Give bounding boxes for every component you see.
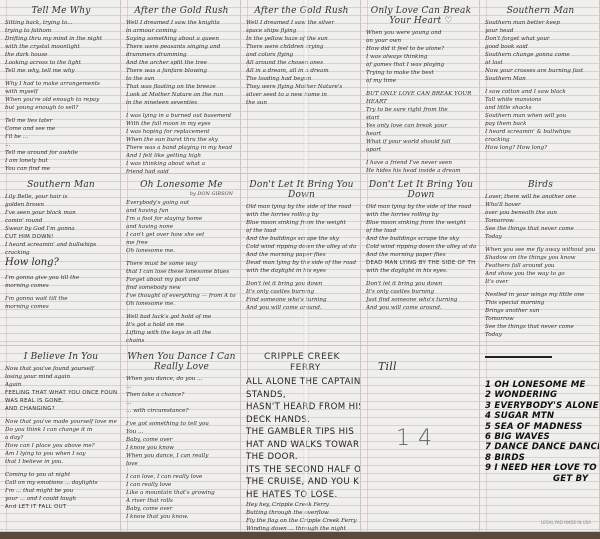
lyric-line: good book said (485, 43, 596, 51)
lyric-line: This special morning (485, 299, 596, 307)
lyric-line: Brings another sun (485, 307, 596, 315)
page-after-the-gold-rush-2: After the Gold Rush Well I dreamed I saw… (241, 0, 361, 174)
lyric-line: Old man lying by the side of the road (246, 203, 357, 211)
song-title: Only Love Can Break Your Heart ♡ (366, 6, 476, 26)
page-when-you-dance: When You Dance I Can Really Love When yo… (121, 346, 241, 532)
lyric-line: And LET IT FALL OUT (5, 503, 117, 511)
lyric-line: I'm gonna give you till the (5, 274, 117, 282)
lyric-line: I saw cotton and I saw black (485, 88, 596, 96)
lyric-line: Southern man better keep (485, 19, 596, 27)
lyric-line: Why I had to make arrangements (5, 80, 117, 88)
page-southern-man-1: Southern Man Southern man better keepyou… (480, 0, 600, 174)
lyric-line: find somebody new (126, 284, 237, 292)
lyrics: Old man lying by the side of the roadwit… (246, 203, 357, 312)
lyric-line: Dead man lying by the side of the road (246, 259, 357, 267)
lyric-line: Like a mountain that's growing (126, 489, 237, 497)
lyric-line: Try to be sure right from the (366, 106, 476, 114)
lyric-line: with the crystal moonlight (5, 43, 117, 51)
lyric-line: Coming to you at night (5, 471, 117, 479)
lyric-line: Cold wind ripping down the alley at dawn (366, 243, 476, 251)
printed-lyric-line: THE CRUISE, AND YOU KNOW (246, 476, 357, 489)
lyric-line: There were children crying (246, 43, 357, 51)
lyric-line: And the buildings scrape the sky (366, 235, 476, 243)
page-only-love-can-break-your-heart: Only Love Can Break Your Heart ♡ When yo… (361, 0, 480, 174)
page-southern-man-2: Southern Man Lily Belle, your hair isgol… (0, 174, 121, 346)
lyric-line: How can I place you above me? (5, 442, 117, 450)
lyric-line: How long? How long? (485, 144, 596, 152)
lyric-line: Tell me around for awhile (5, 149, 117, 157)
lyric-line: I'll be ... (5, 133, 117, 141)
lyric-line: Fly the flag on the Cripple Creek Ferry (246, 517, 357, 525)
lyric-line: Feathers fall around you (485, 262, 596, 270)
lyric-line: Call on my emotions ... daylights (5, 479, 117, 487)
lyric-line: See the things that never come (485, 225, 596, 233)
lyric-line: Tomorrow (485, 315, 596, 323)
lyric-line: ... (126, 399, 237, 407)
lyric-line: the sun (246, 99, 357, 107)
lyrics: Now that you've found yourselflosing you… (5, 365, 117, 511)
lyric-line: Cold wind ripping down the alley at dawn (246, 243, 357, 251)
page-setlist: 1 OH LONESOME ME2 WONDERING3 EVERYBODY'S… (480, 346, 600, 532)
lyric-line: AND CHANGING? (5, 405, 117, 413)
lyric-line: I can really love (126, 481, 237, 489)
lyric-line: I was always thinking (366, 53, 476, 61)
setlist-item: 2 WONDERING (485, 390, 596, 400)
lyric-line: I was thinking about what a (126, 160, 237, 168)
lyric-line: Sitting back, trying to... (5, 19, 117, 27)
song-title: Southern Man (485, 6, 596, 16)
lyric-line: your ... and I could laugh (5, 495, 117, 503)
song-title: After the Gold Rush (246, 6, 357, 16)
lyric-line: FEELING THAT WHAT YOU ONCE FOUND (5, 389, 117, 397)
lyric-line: In the yellow haze of the sun (246, 35, 357, 43)
setlist-item: 1 OH LONESOME ME (485, 380, 596, 390)
lyric-line: See the things that never come (485, 323, 596, 331)
lyrics: Everybody's going outand having funI'm a… (126, 199, 237, 346)
lyric-line: Baby, come over (126, 505, 237, 513)
lyric-line: I've got something to tell you (126, 420, 237, 428)
lyric-line: Tell me why, tell me why (5, 67, 117, 75)
lyric-line: Lifting with the keys in all the (126, 329, 237, 337)
lyric-line: at last (485, 59, 596, 67)
lyric-line: A river that rolls (126, 497, 237, 505)
lyric-line: I know you know (126, 444, 237, 452)
lyric-line: Well bad luck's got hold of me (126, 313, 237, 321)
lyric-line: with the daylight in his eyes (246, 267, 357, 275)
setlist-item: 4 SUGAR MTN (485, 411, 596, 421)
lyric-line: There were peasants singing and (126, 43, 237, 51)
lyric-line: There was a band playing in my head (126, 144, 237, 152)
lyric-line: CUT HIM DOWN! (5, 233, 117, 241)
lyric-line: of my time (366, 77, 476, 85)
lyric-line: And the archer split the tree (126, 59, 237, 67)
lyric-line: Now that you've made yourself love me (5, 418, 117, 426)
lyric-line: It's got a hold on me (126, 321, 237, 329)
lyric-line: There must be some way (126, 260, 237, 268)
lyric-line: And the morning paper flies (366, 251, 476, 259)
song-title: Oh Lonesome Me (126, 180, 237, 190)
lyric-line: Again (5, 381, 117, 389)
page-till: Till 14 (361, 346, 480, 532)
lyric-line: Find someone who's turning (246, 296, 357, 304)
printed-lyric-line: STANDS, (246, 389, 357, 402)
lyric-line: Today (485, 233, 596, 241)
lyric-line: over you beneath the sun (485, 209, 596, 217)
printed-lyric-line: THE GAMBLER TIPS HIS (246, 426, 357, 439)
song-title: When You Dance I Can Really Love (126, 352, 237, 372)
lyric-line: You can find me (5, 165, 117, 173)
lyric-line: He hides his head inside a dream (366, 167, 476, 174)
lyric-line: It's over (485, 278, 596, 286)
lyric-line: That was floating on the breeze (126, 83, 237, 91)
lyric-line: DEAD MAN LYING BY THE SIDE OF THE ROAD (366, 259, 476, 267)
lyric-line: When you're old enough to repay (5, 96, 117, 104)
lyric-line: How long? (5, 257, 117, 269)
lyric-line: Trying to make the best (366, 69, 476, 77)
lyric-line: of the load (366, 227, 476, 235)
lyric-line: morning comes (5, 303, 117, 311)
lyric-line: silver seed to a new home in (246, 91, 357, 99)
lyric-line: Lover, there will be another one (485, 193, 596, 201)
lyric-line: I'm a fool for staying home (126, 215, 237, 223)
page-tell-me-why: Tell Me Why Sitting back, trying to...tr… (0, 0, 121, 174)
lyric-line: ... (126, 383, 237, 391)
lyric-line: of games that I was playing (366, 61, 476, 69)
lyric-line: Don't forget what your (485, 35, 596, 43)
lyric-line: but young enough to sell? (5, 104, 117, 112)
lyric-line: Forget about my past and (126, 276, 237, 284)
lyric-line: love (126, 460, 237, 468)
lyric-line: And I felt like getting high (126, 152, 237, 160)
lyric-line: on your own (366, 37, 476, 45)
lyric-line: WAS REAL IS GONE, (5, 397, 117, 405)
lyric-line: Tall white mansions (485, 96, 596, 104)
setlist-item: 5 SEA OF MADNESS (485, 422, 596, 432)
lyric-line: And show you the way to go (485, 270, 596, 278)
lyric-line: and colors flying (246, 51, 357, 59)
lyric-line: Winding down ... through the night (246, 525, 357, 532)
lyric-line: and having none (126, 223, 237, 231)
song-title: CRIPPLE CREEK (246, 352, 357, 362)
lyric-line: The loading had begun (246, 75, 357, 83)
lyric-line: to the sun (126, 75, 237, 83)
lyric-line: Blue moon sinking from the weight (366, 219, 476, 227)
lyric-line: Just find someone who's turning (366, 296, 476, 304)
lyric-line: It's only castles burning (246, 288, 357, 296)
lyric-line: with the lorries rolling by (246, 211, 357, 219)
setlist: 1 OH LONESOME ME2 WONDERING3 EVERYBODY'S… (485, 380, 596, 474)
printed-lyric-line: HAT AND WALKS TOWARDS (246, 439, 357, 452)
page-grid: Tell Me Why Sitting back, trying to...tr… (0, 0, 600, 532)
lyric-line: Everybody's going out (126, 199, 237, 207)
setlist-item: 7 DANCE DANCE DANCE (485, 442, 596, 452)
lyric-line: heart (366, 130, 476, 138)
printed-lyric-line: ITS THE SECOND HALF OF (246, 464, 357, 477)
song-title: I Believe In You (5, 352, 117, 362)
lyric-line: Tell me lies later (5, 117, 117, 125)
setlist-item: 6 BIG WAVES (485, 432, 596, 442)
lyric-line: When you were young and (366, 29, 476, 37)
page-dont-let-it-bring-you-down-2: Don't Let It Bring You Down Old man lyin… (361, 174, 480, 346)
lyric-line: Look at Mother Nature on the run (126, 91, 237, 99)
lyric-line: Who'll hover (485, 201, 596, 209)
lyric-line: I can't get over how she set (126, 231, 237, 239)
lyric-line: Come and see me (5, 125, 117, 133)
lyrics: Old man lying by the side of the roadwit… (366, 203, 476, 312)
setlist-item: 9 I NEED HER LOVE TO (485, 463, 596, 473)
lyric-line: Don't let it bring you down (246, 280, 357, 288)
lyric-line: Hey hey, Cripple Creek Ferry (246, 501, 357, 509)
printed-lyric-line: ALL ALONE THE CAPTAIN (246, 376, 357, 389)
lyric-line: Am I lying to you when I say (5, 450, 117, 458)
lyric-line: cracking (5, 249, 117, 257)
lyric-line: I heard screamin' & bullwhips (485, 128, 596, 136)
lyric-line: Nestled in your wings my little one (485, 291, 596, 299)
lyric-line: And you will come around. (366, 304, 476, 312)
lyric-line: I was hoping for replacement (126, 128, 237, 136)
printed-lyric-line: THE DOOR. (246, 451, 357, 464)
lyric-line: There was a fanfare blowing (126, 67, 237, 75)
lyric-line: I heard screamin' and bullwhips (5, 241, 117, 249)
lyric-line: losing your mind again (5, 373, 117, 381)
song-title-line-2: FERRY (246, 363, 357, 373)
printed-lyrics: ALL ALONE THE CAPTAINSTANDS,HASN'T HEARD… (246, 376, 357, 501)
lyric-line: Butting through the overflow (246, 509, 357, 517)
song-title: Don't Let It Bring You Down (366, 180, 476, 200)
lyric-line: me free (126, 239, 237, 247)
lyric-line: I can love, I can really love (126, 473, 237, 481)
lyric-line: that I believe in you. (5, 458, 117, 466)
lyric-line: Today (485, 331, 596, 339)
page-cripple-creek-ferry: CRIPPLE CREEK FERRY ALL ALONE THE CAPTAI… (241, 346, 361, 532)
page-birds: Birds Lover, there will be another oneWh… (480, 174, 600, 346)
lyric-line: Oh lonesome me. (126, 300, 237, 308)
lyrics: Hey hey, Cripple Creek FerryButting thro… (246, 501, 357, 532)
lyric-line: a day? (5, 434, 117, 442)
lyric-line: and having fun (126, 207, 237, 215)
lyric-line: Now that you've found yourself (5, 365, 117, 373)
lyric-line: chains (126, 337, 237, 345)
setlist-item: 3 EVERYBODY'S ALONE (485, 401, 596, 411)
song-title: Birds (485, 180, 596, 190)
lyric-line: They were flying Mother Nature's (246, 83, 357, 91)
lyric-line: Saying something about a queen (126, 35, 237, 43)
lyrics: When you dance, do you ......Then take a… (126, 375, 237, 521)
lyric-line: Well I dreamed I saw the knights (126, 19, 237, 27)
song-title: Southern Man (5, 180, 117, 190)
lyric-line: I have a friend I've never seen (366, 159, 476, 167)
lyric-line: Old man lying by the side of the road (366, 203, 476, 211)
lyrics: Lily Belle, your hair isgolden brownI've… (5, 193, 117, 311)
lyric-line: I am lonely but (5, 157, 117, 165)
page-after-the-gold-rush-1: After the Gold Rush Well I dreamed I saw… (121, 0, 241, 174)
lyric-line: When you dance, do you ... (126, 375, 237, 383)
lyric-line: morning comes (5, 282, 117, 290)
lyrics: When you were young andon your ownHow di… (366, 29, 476, 174)
lyric-line: Yes only love can break your (366, 122, 476, 130)
lyric-line: start (366, 114, 476, 122)
legal-pad-imprint: LEGAL PAD MADE IN USA (541, 520, 591, 525)
setlist-item: 8 BIRDS (485, 453, 596, 463)
lyric-line: with the lorries rolling by (366, 211, 476, 219)
lyric-line: And the buildings scrape the sky (246, 235, 357, 243)
lyric-line: comin' round (5, 217, 117, 225)
lyrics: Well I dreamed I saw the silverspace shi… (246, 19, 357, 107)
lyric-line: How did it feel to be alone? (366, 45, 476, 53)
lyric-line: Southern change gonna come (485, 51, 596, 59)
lyric-line: I know that you know. (126, 513, 237, 521)
lyric-line: apart (366, 146, 476, 154)
lyrics: Lover, there will be another oneWho'll h… (485, 193, 596, 339)
lyric-line: Looking across to the light (5, 59, 117, 67)
lyrics: Southern man better keepyour headDon't f… (485, 19, 596, 152)
lyric-line: Southern Man (485, 75, 596, 83)
lyric-line: golden brown (5, 201, 117, 209)
lyric-sheet: Tell Me Why Sitting back, trying to...tr… (0, 0, 600, 532)
lyric-line: It's only castles burning (366, 288, 476, 296)
page-number: 14 (396, 426, 440, 451)
lyric-line: When you see me fly away without you (485, 246, 596, 254)
lyric-line: Do you think I can change it in (5, 426, 117, 434)
lyric-line: HEART (366, 98, 476, 106)
lyric-line: Lily Belle, your hair is (5, 193, 117, 201)
lyric-line: All in a dream, all in a dream (246, 67, 357, 75)
lyric-line: ... with circumstance? (126, 407, 237, 415)
lyric-line: cracking (485, 136, 596, 144)
lyric-line: Shadow on the things you know (485, 254, 596, 262)
lyric-line: And the morning paper flies (246, 251, 357, 259)
lyric-line: Now your crosses are burning fast (485, 67, 596, 75)
lyric-line: I was lying in a burned out basement (126, 112, 237, 120)
lyric-line: of the load (246, 227, 357, 235)
lyric-line: BUT ONLY LOVE CAN BREAK YOUR (366, 90, 476, 98)
song-title: Tell Me Why (5, 6, 117, 16)
lyric-line: When you dance, I can really (126, 452, 237, 460)
page-i-believe-in-you: I Believe In You Now that you've found y… (0, 346, 121, 532)
lyric-line: Drifting thru my mind in the night (5, 35, 117, 43)
lyric-line: and little shacks (485, 104, 596, 112)
lyric-line: the dark house (5, 51, 117, 59)
lyric-line: I've thought of everything — from A to Z (126, 292, 237, 300)
lyric-line: with the daylight in his eyes. (366, 267, 476, 275)
lyric-line: ... (5, 141, 117, 149)
lyric-line: Then take a chance? (126, 391, 237, 399)
lyric-line: in armour coming (126, 27, 237, 35)
lyric-line: When the sun burst thru the sky (126, 136, 237, 144)
song-title: Don't Let It Bring You Down (246, 180, 357, 200)
lyric-line: space ships flying (246, 27, 357, 35)
lyrics: Well I dreamed I saw the knightsin armou… (126, 19, 237, 174)
lyrics: Sitting back, trying to...trying to fath… (5, 19, 117, 174)
lyric-line: I'm gonna wait till the (5, 295, 117, 303)
lyric-line: pay them back (485, 120, 596, 128)
lyric-line: All around the chosen ones (246, 59, 357, 67)
lyric-line: your head (485, 27, 596, 35)
printed-lyric-line: HASN'T HEARD FROM HIS (246, 401, 357, 414)
song-title: Till (366, 360, 476, 373)
lyric-line: Blue moon sinking from the weight (246, 219, 357, 227)
page-dont-let-it-bring-you-down-1: Don't Let It Bring You Down Old man lyin… (241, 174, 361, 346)
printed-lyric-line: DECK HANDS. (246, 414, 357, 427)
setlist-item-continuation: GET BY (485, 474, 596, 484)
lyric-line: Tomorrow (485, 217, 596, 225)
lyric-line: I've seen your black man (5, 209, 117, 217)
page-oh-lonesome-me: Oh Lonesome Me by DON GIBSON Everybody's… (121, 174, 241, 346)
printed-lyric-line: HE HATES TO LOSE. (246, 489, 357, 502)
lyric-line: I'm ... that might be you (5, 487, 117, 495)
lyric-line: Baby, come over (126, 436, 237, 444)
lyric-line: Swear by God I'm gonna (5, 225, 117, 233)
lyric-line: You ... (126, 428, 237, 436)
song-credit: by DON GIBSON (126, 191, 233, 197)
lyric-line: What if your world should fall (366, 138, 476, 146)
lyric-line: Well I dreamed I saw the silver (246, 19, 357, 27)
lyric-line: Southern man when will you (485, 112, 596, 120)
lyric-line: And you will come around. (246, 304, 357, 312)
lyric-line: that I can lose these lonesome blues (126, 268, 237, 276)
lyric-line: Oh lonesome me. (126, 247, 237, 255)
lyric-line: with myself (5, 88, 117, 96)
lyric-line: trying to fathom (5, 27, 117, 35)
lyric-line: With the full moon in my eyes (126, 120, 237, 128)
lyric-line: in the nineteen seventies (126, 99, 237, 107)
song-title: After the Gold Rush (126, 6, 237, 16)
lyric-line: drummers drumming (126, 51, 237, 59)
lyric-line: Don't let it bring you down (366, 280, 476, 288)
